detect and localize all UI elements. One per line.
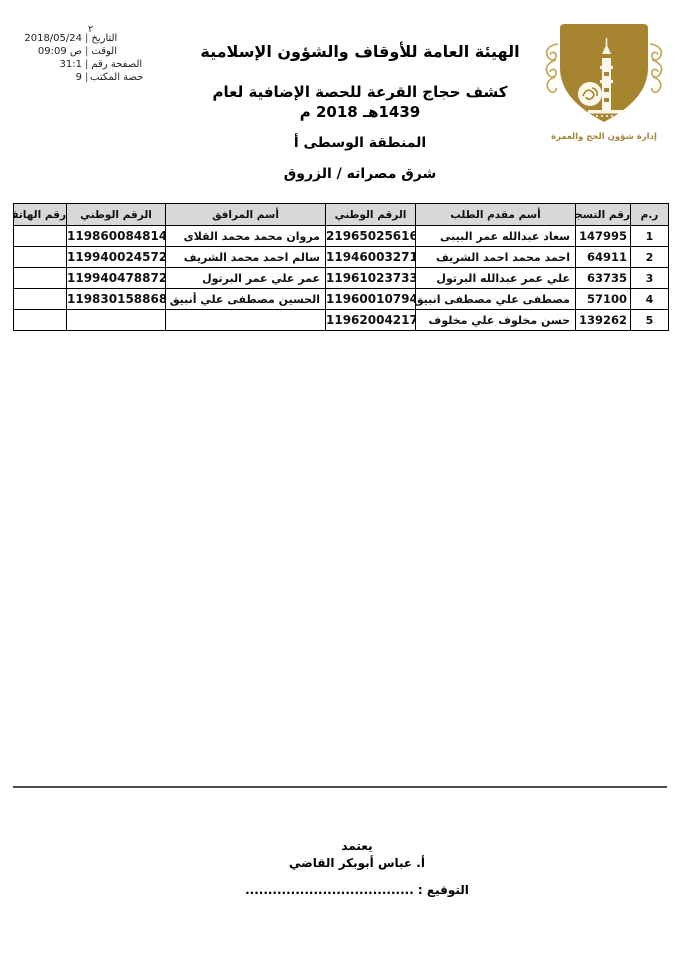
- meta-label: التاريخ: [91, 32, 143, 45]
- companion-national-id-cell: 119830158868: [67, 289, 166, 310]
- meta-row: 2018/05/24|التاريخ: [16, 32, 143, 45]
- column-header: رقم التسجيل: [576, 204, 631, 226]
- meta-value: 09:09 ص: [16, 45, 82, 58]
- table-row: 264911احمد محمد احمد الشريف119460032718س…: [14, 247, 669, 268]
- companion-national-id-cell: 119860084814: [67, 226, 166, 247]
- registration-number-cell: 63735: [576, 268, 631, 289]
- footer-divider: [13, 786, 667, 788]
- meta-row: 31:1|الصفحة رقم: [16, 58, 143, 71]
- ornament-left-icon: [546, 44, 558, 92]
- phone-number-cell: [14, 247, 67, 268]
- document-title-line2: 1439هـ 2018 م: [158, 102, 562, 122]
- column-header: ر.م: [631, 204, 669, 226]
- applicant-name-cell: علي عمر عبدالله البرتول: [416, 268, 576, 289]
- registration-number-cell: 64911: [576, 247, 631, 268]
- approval-block: يعتمد أ. عباس أبوبكر القاضي التوقيع : ..…: [35, 838, 679, 897]
- serial-cell: 1: [631, 226, 669, 247]
- companion-national-id-cell: [67, 310, 166, 331]
- serial-cell: 5: [631, 310, 669, 331]
- approve-label: يعتمد: [35, 838, 679, 855]
- meta-label: الصفحة رقم: [91, 58, 143, 71]
- emblem-icon: [578, 82, 602, 106]
- organization-title: الهيئة العامة للأوقاف والشؤون الإسلامية: [158, 42, 562, 61]
- meta-value: 31:1: [16, 58, 82, 71]
- table-body: 1147995سعاد عبدالله عمر البيبى2196502561…: [14, 226, 669, 331]
- applicant-national-id-cell: 119620042173: [326, 310, 416, 331]
- meta-separator: |: [85, 58, 88, 71]
- logo-base-band: [588, 110, 626, 114]
- logo-caption: إدارة شؤون الحج والعمرة: [538, 132, 670, 142]
- phone-number-cell: [14, 268, 67, 289]
- meta-row: 9|حصة المكتب: [16, 71, 143, 84]
- column-header: رقم الهاتف: [14, 204, 67, 226]
- meta-row: 09:09 ص|الوقت: [16, 45, 143, 58]
- companion-national-id-cell: 119940024572: [67, 247, 166, 268]
- applicant-name-cell: سعاد عبدالله عمر البيبى: [416, 226, 576, 247]
- meta-separator: |: [85, 45, 88, 58]
- meta-label: الوقت: [91, 45, 143, 58]
- meta-label: حصة المكتب: [91, 71, 143, 84]
- companion-name-cell: سالم احمد محمد الشريف: [166, 247, 326, 268]
- registration-number-cell: 139262: [576, 310, 631, 331]
- hajj-authority-logo: إدارة شؤون الحج والعمرة: [538, 14, 670, 154]
- document-title-line1: كشف حجاج القرعة للحصة الإضافية لعام: [158, 82, 562, 102]
- ornament-right-icon: [650, 44, 662, 92]
- phone-number-cell: [14, 310, 67, 331]
- table-header: ر.مرقم التسجيلأسم مقدم الطلبالرقم الوطني…: [14, 204, 669, 226]
- serial-cell: 4: [631, 289, 669, 310]
- meta-value: 2018/05/24: [16, 32, 82, 45]
- companion-name-cell: الحسين مصطفى علي أنبيق: [166, 289, 326, 310]
- registration-number-cell: 147995: [576, 226, 631, 247]
- table-row: 5139262حسن مخلوف علي مخلوف119620042173: [14, 310, 669, 331]
- signature-line: التوقيع : ..............................…: [35, 883, 679, 897]
- applicant-national-id-cell: 219650256163: [326, 226, 416, 247]
- serial-cell: 3: [631, 268, 669, 289]
- meta-value: 9: [16, 71, 82, 84]
- meta-separator: |: [85, 71, 88, 84]
- registration-number-cell: 57100: [576, 289, 631, 310]
- office-title: شرق مصراته / الزروق: [158, 166, 562, 182]
- applicant-national-id-cell: 119610237332: [326, 268, 416, 289]
- column-header: الرقم الوطني: [67, 204, 166, 226]
- serial-cell: 2: [631, 247, 669, 268]
- companion-name-cell: مروان محمد محمد القلاى: [166, 226, 326, 247]
- applicant-national-id-cell: 119460032718: [326, 247, 416, 268]
- applicant-name-cell: احمد محمد احمد الشريف: [416, 247, 576, 268]
- column-header: الرقم الوطني: [326, 204, 416, 226]
- column-header: أسم المرافق: [166, 204, 326, 226]
- table-header-row: ر.مرقم التسجيلأسم مقدم الطلبالرقم الوطني…: [14, 204, 669, 226]
- applicant-name-cell: مصطفى علي مصطفى انبيق: [416, 289, 576, 310]
- region-title: المنطقة الوسطى أ: [158, 135, 562, 151]
- companion-name-cell: [166, 310, 326, 331]
- phone-number-cell: [14, 226, 67, 247]
- column-header: أسم مقدم الطلب: [416, 204, 576, 226]
- approver-name: أ. عباس أبوبكر القاضي: [35, 855, 679, 872]
- meta-separator: |: [85, 32, 88, 45]
- applicant-name-cell: حسن مخلوف علي مخلوف: [416, 310, 576, 331]
- companion-national-id-cell: 119940478872: [67, 268, 166, 289]
- pilgrims-table: ر.مرقم التسجيلأسم مقدم الطلبالرقم الوطني…: [13, 203, 669, 331]
- companion-name-cell: عمر علي عمر البرتول: [166, 268, 326, 289]
- table-row: 1147995سعاد عبدالله عمر البيبى2196502561…: [14, 226, 669, 247]
- title-block: الهيئة العامة للأوقاف والشؤون الإسلامية …: [158, 42, 562, 182]
- table-row: 363735علي عمر عبدالله البرتول11961023733…: [14, 268, 669, 289]
- logo-graphic: [538, 14, 670, 132]
- table-row: 457100مصطفى علي مصطفى انبيق119600107946ا…: [14, 289, 669, 310]
- report-meta-block: 2018/05/24|التاريخ09:09 ص|الوقت31:1|الصف…: [16, 32, 143, 84]
- applicant-national-id-cell: 119600107946: [326, 289, 416, 310]
- phone-number-cell: [14, 289, 67, 310]
